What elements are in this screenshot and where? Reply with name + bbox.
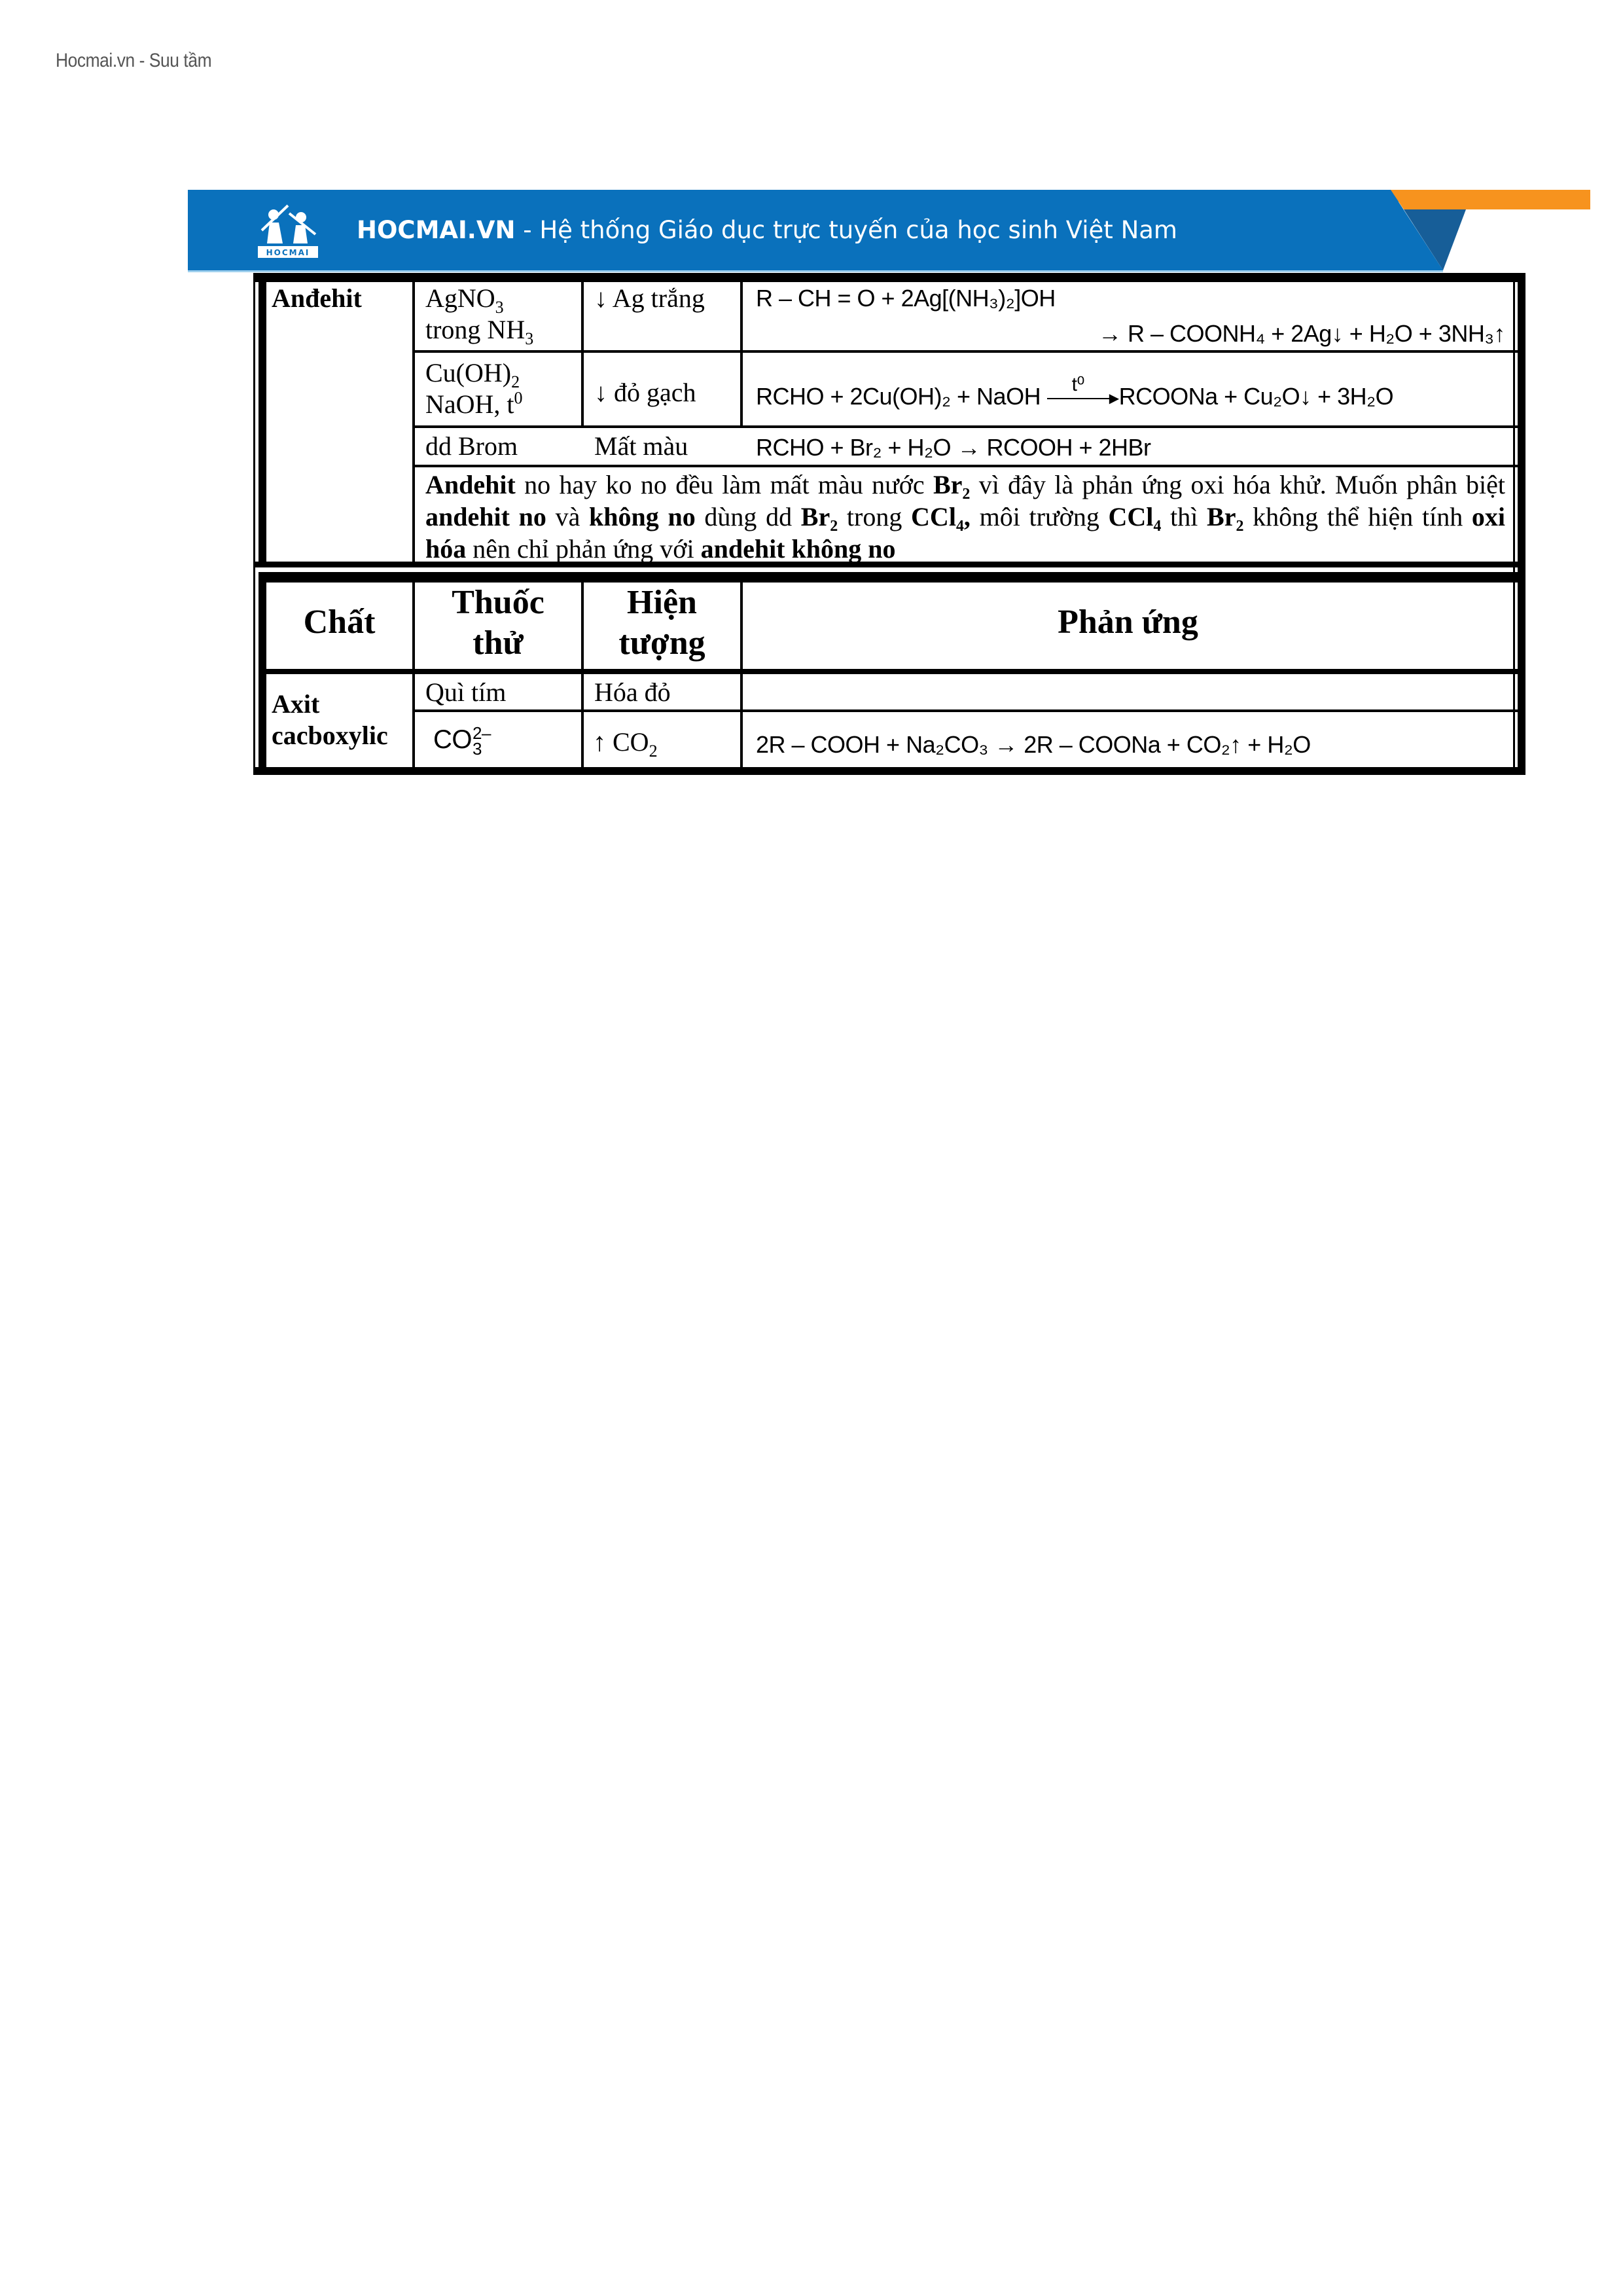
substance-andehit: Anđehit <box>272 283 362 314</box>
reaction-tollens-line1: R – CH = O + 2Ag[(NH₃)₂]OH <box>756 283 1056 314</box>
banner-brand: HOCMAI.VN <box>357 216 515 244</box>
andehit-note: Andehit no hay ko no đều làm mất màu nướ… <box>425 469 1505 565</box>
hocmai-logo-icon: HOCMAI <box>257 202 322 262</box>
svg-text:HOCMAI: HOCMAI <box>266 248 310 257</box>
reaction-fehling: RCHO + 2Cu(OH)₂ + NaOH ▶ t⁰ RCOONa + Cu₂… <box>756 381 1393 412</box>
header-reaction: Phản ứng <box>743 602 1513 643</box>
header-reagent: Thuốcthử <box>415 583 581 664</box>
reaction-carbonate: 2R – COOH + Na₂CO₃ → 2R – COONa + CO₂↑ +… <box>756 729 1311 761</box>
banner-tagline: HOCMAI.VN - Hệ thống Giáo dục trực tuyến… <box>357 216 1177 244</box>
reagent-bromine: dd Brom <box>425 431 518 462</box>
header-phenomenon: Hiệntượng <box>584 583 740 664</box>
phenomenon-brick-red: ↓ đỏ gạch <box>594 377 696 408</box>
header-substance: Chất <box>266 602 412 643</box>
reaction-bromine: RCHO + Br₂ + H₂O → RCOOH + 2HBr <box>756 432 1151 463</box>
arrow-up-icon: ↑ <box>593 727 606 757</box>
reagent-cuoh2: Cu(OH)2 NaOH, t0 <box>425 357 523 420</box>
banner-tagline-text: - Hệ thống Giáo dục trực tuyến của học s… <box>515 216 1177 244</box>
phenomenon-turn-red: Hóa đỏ <box>594 677 671 708</box>
phenomenon-ag-white: ↓ Ag trắng <box>594 283 705 314</box>
hocmai-banner: HOCMAI HOCMAI.VN - Hệ thống Giáo dục trự… <box>0 0 1623 281</box>
phenomenon-decolor: Mất màu <box>594 431 688 462</box>
substance-axit: Axitcacboxylic <box>272 689 388 751</box>
reagent-agno3: AgNO3 trong NH3 <box>425 283 533 346</box>
heat-arrow-icon: ▶ t⁰ <box>1047 391 1119 404</box>
reaction-tollens-line2: → R – COONH₄ + 2Ag↓ + H₂O + 3NH₃↑ <box>1098 318 1505 350</box>
reagent-litmus: Quì tím <box>425 677 506 708</box>
reagent-carbonate: CO2–3 <box>433 724 491 757</box>
phenomenon-co2-gas: ↑ CO2 <box>593 726 658 758</box>
